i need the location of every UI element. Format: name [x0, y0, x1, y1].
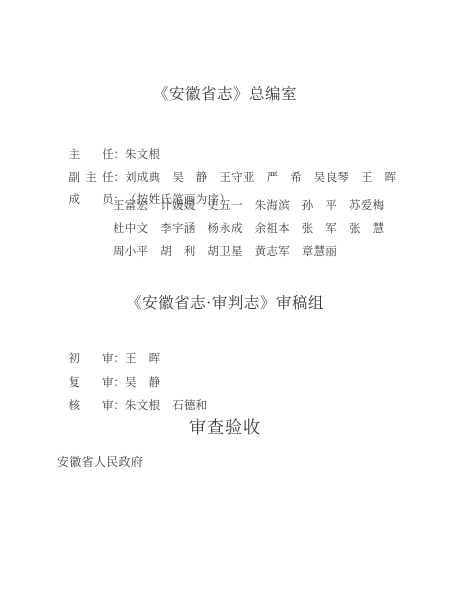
- row-value: 朱文根 石德和: [125, 398, 208, 414]
- member-row-2: 杜中文 李宇涵 杨永成 余祖本 张 军 张 慧: [0, 221, 450, 237]
- member-row-1: 王富宏 计媛媛 史五一 朱海滨 孙 平 苏爱梅: [0, 198, 450, 214]
- approval-authority: 安徽省人民政府: [0, 454, 450, 471]
- member-row-3: 周小平 胡 利 胡卫星 黄志军 章慧丽: [0, 244, 450, 260]
- row-colon: ：: [114, 398, 126, 414]
- editorial-office-title: 《安徽省志》总编室: [0, 85, 450, 105]
- approval-title: 审查验收: [0, 417, 450, 439]
- row-label: 核审: [69, 398, 114, 414]
- review-group-title: 《安徽省志·审判志》审稿组: [0, 294, 450, 314]
- book-page: 《安徽省志》总编室 主任：朱文根 副主任：刘成典 吴 静 王守亚 严 希 吴良琴…: [0, 0, 450, 610]
